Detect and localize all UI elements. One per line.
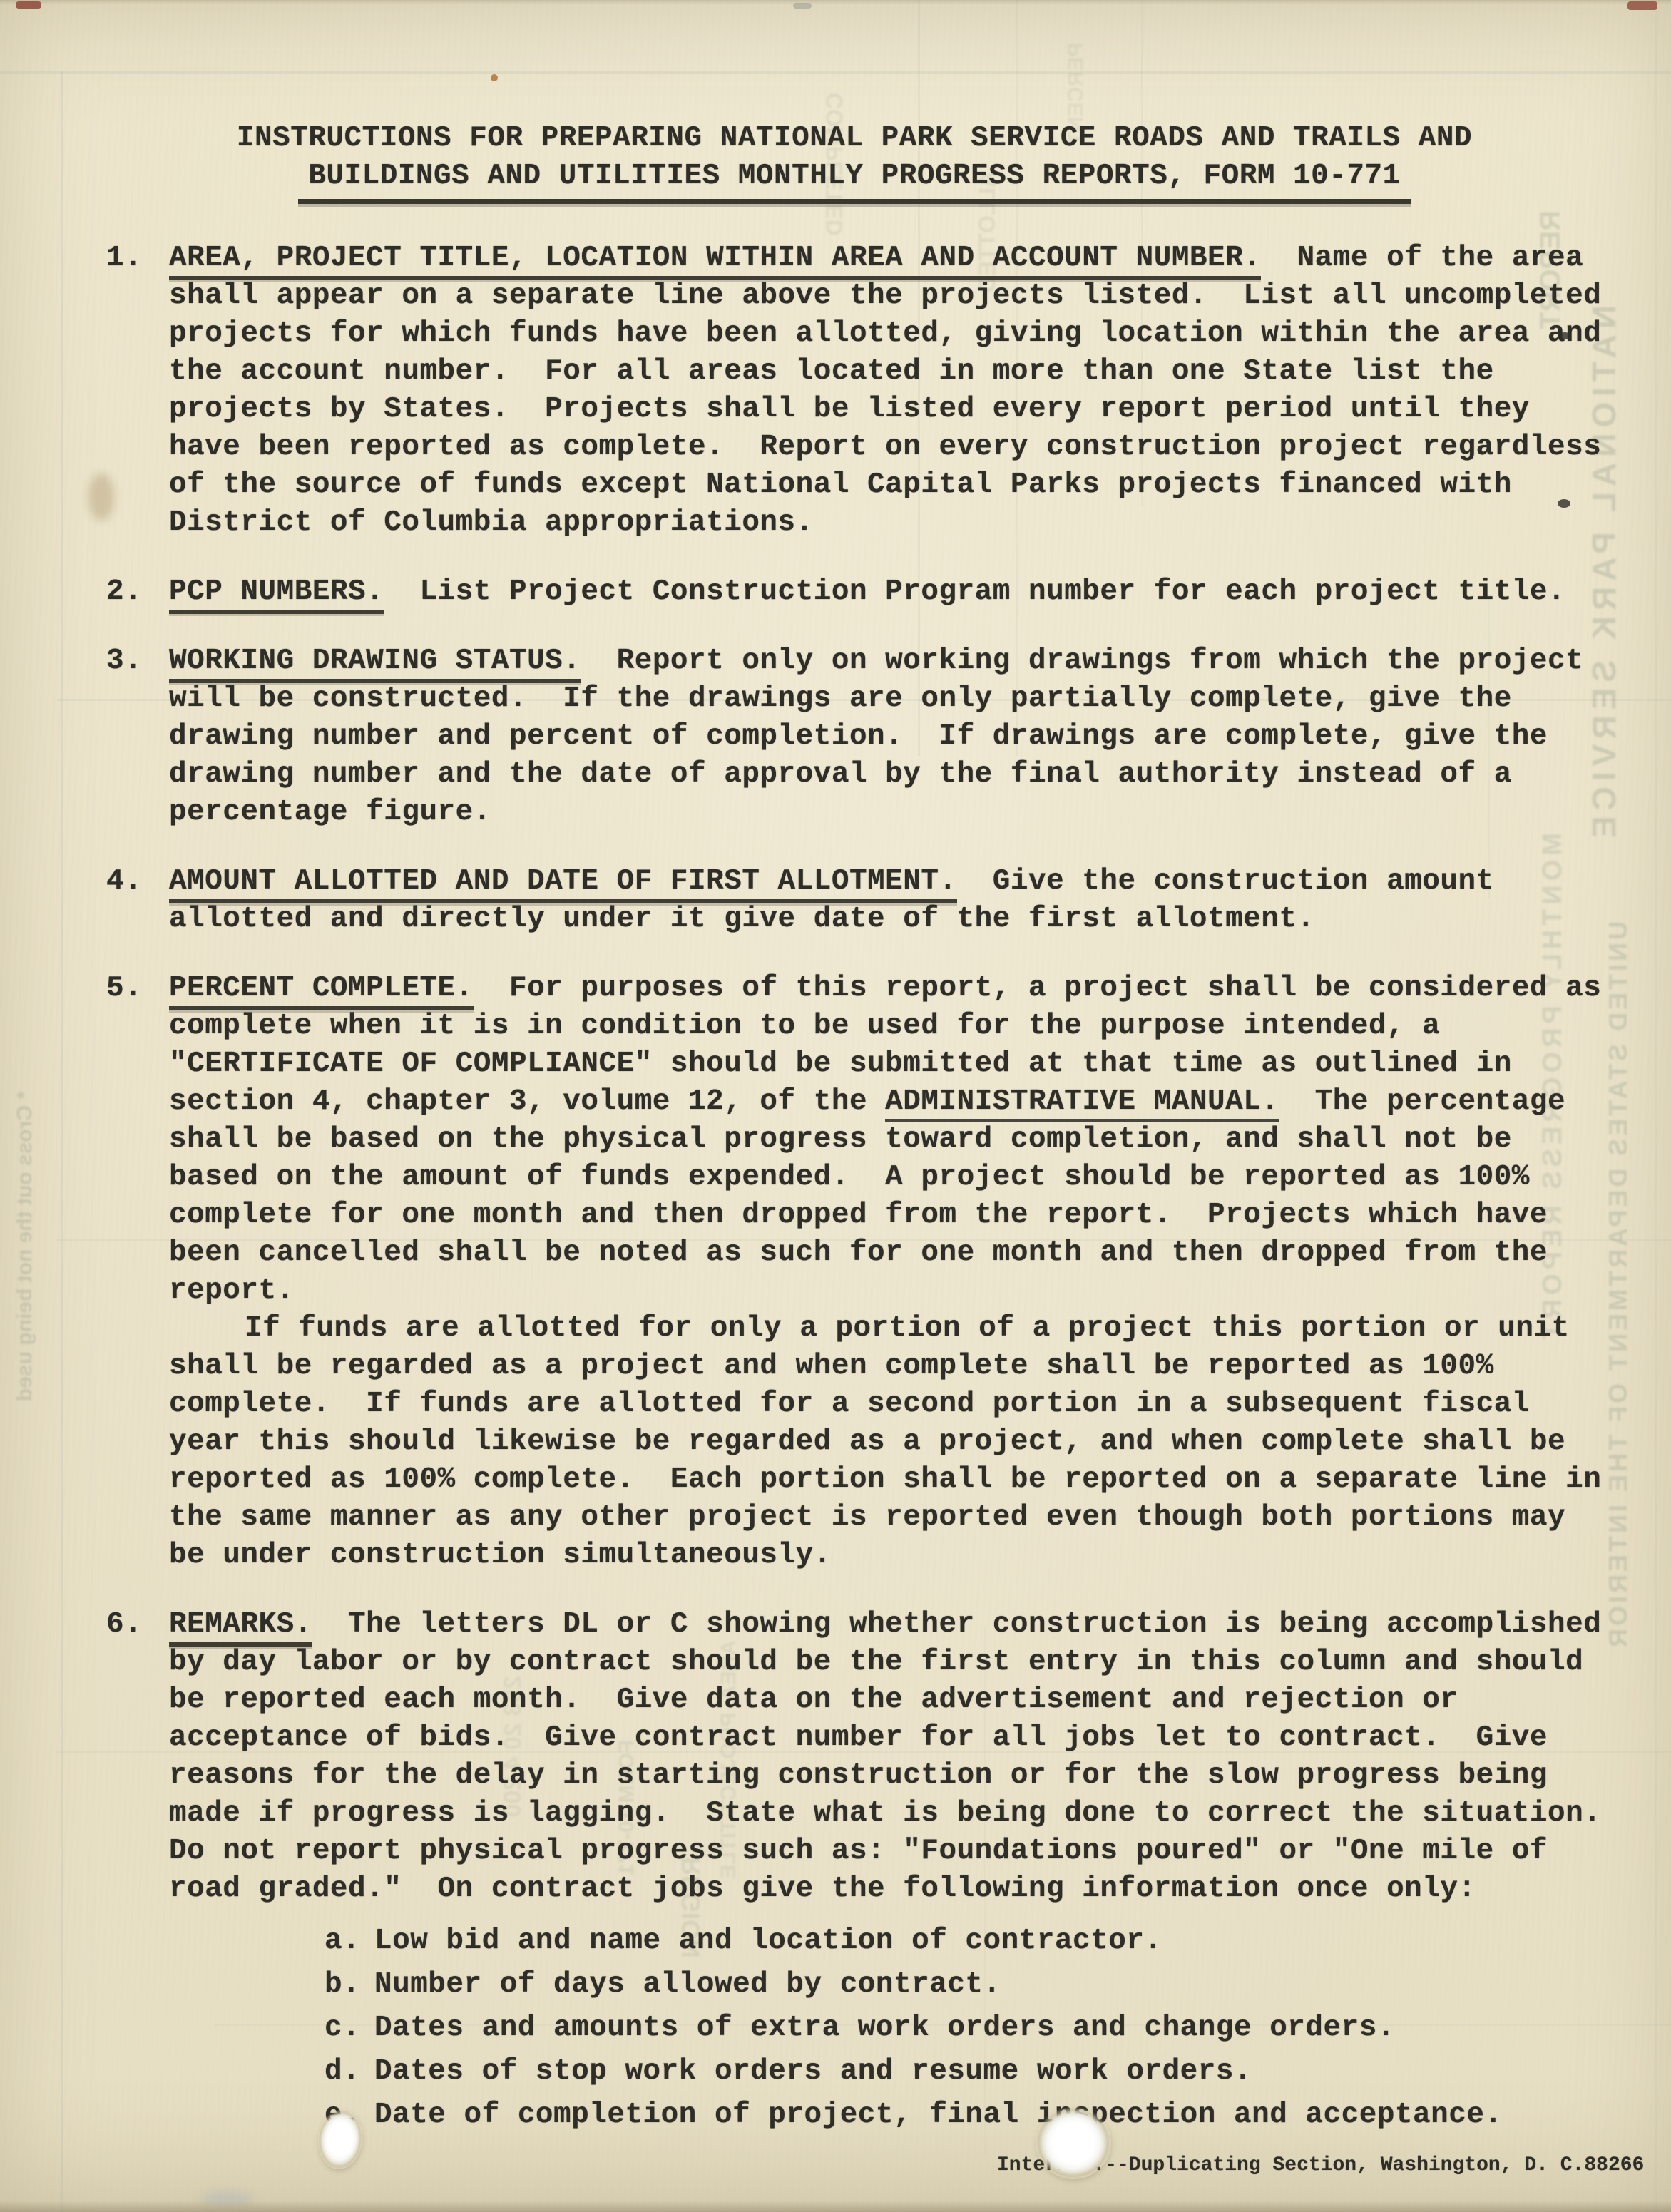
item-paragraph: WORKING DRAWING STATUS. Report only on w… [169, 642, 1603, 831]
list-item-text: Dates and amounts of extra work orders a… [374, 2007, 1603, 2050]
manual-reference: ADMINISTRATIVE MANUAL. [885, 1085, 1279, 1122]
item-body: The letters DL or C showing whether cons… [169, 1608, 1637, 1905]
title-line-2: BUILDINGS AND UTILITIES MONTHLY PROGRESS… [298, 158, 1410, 204]
instruction-item-2: 2. PCP NUMBERS. List Project Constructio… [106, 573, 1603, 611]
item-number: 3. [106, 642, 169, 831]
item-paragraph: AREA, PROJECT TITLE, LOCATION WITHIN ARE… [169, 240, 1603, 542]
document-content: INSTRUCTIONS FOR PREPARING NATIONAL PARK… [106, 120, 1603, 2137]
paper-stain [201, 2192, 252, 2205]
list-item-letter: a. [325, 1920, 374, 1963]
scan-edge-mark [793, 3, 812, 9]
item-number: 6. [106, 1606, 169, 1908]
contract-info-list: a. Low bid and name and location of cont… [325, 1920, 1603, 2137]
paper-edge-shadow [0, 2201, 1671, 2212]
item-body: List Project Construction Program number… [384, 575, 1565, 608]
list-item: c. Dates and amounts of extra work order… [325, 2007, 1603, 2050]
instruction-item-1: 1. AREA, PROJECT TITLE, LOCATION WITHIN … [106, 240, 1603, 542]
item-paragraph-group: PERCENT COMPLETE. For purposes of this r… [169, 970, 1603, 1574]
list-item: b. Number of days allowed by contract. [325, 1963, 1603, 2007]
ghost-text: * Cross out the not being used [13, 1091, 37, 1401]
list-item: a. Low bid and name and location of cont… [325, 1920, 1603, 1963]
item-paragraph: REMARKS. The letters DL or C showing whe… [169, 1606, 1603, 1908]
list-item-text: Number of days allowed by contract. [374, 1963, 1603, 2007]
item-paragraph: PCP NUMBERS. List Project Construction P… [169, 573, 1603, 611]
item-heading: WORKING DRAWING STATUS. [169, 645, 581, 683]
list-item-letter: b. [325, 1963, 374, 2007]
item-paragraph: If funds are allotted for only a portion… [169, 1310, 1603, 1574]
instruction-item-4: 4. AMOUNT ALLOTTED AND DATE OF FIRST ALL… [106, 863, 1603, 938]
item-body: The percentage shall be based on the phy… [169, 1085, 1583, 1307]
bleed-rule-horizontal [0, 71, 1671, 74]
scan-edge-mark [16, 1, 41, 9]
item-heading: AMOUNT ALLOTTED AND DATE OF FIRST ALLOTM… [169, 865, 957, 903]
item-heading: PCP NUMBERS. [169, 575, 384, 614]
item-body: Name of the area shall appear on a separ… [169, 242, 1619, 539]
item-number: 1. [106, 240, 169, 542]
instruction-item-6: 6. REMARKS. The letters DL or C showing … [106, 1606, 1603, 1908]
list-item-letter: d. [325, 2050, 374, 2094]
instruction-list: 1. AREA, PROJECT TITLE, LOCATION WITHIN … [106, 240, 1603, 1908]
list-item-letter: c. [325, 2007, 374, 2050]
list-item-text: Date of completion of project, final ins… [374, 2094, 1603, 2137]
ink-speck [491, 74, 498, 81]
ghost-text: UNITED STATES DEPARTMENT OF THE INTERIOR [1603, 921, 1633, 1650]
item-number: 4. [106, 863, 169, 938]
instruction-item-5: 5. PERCENT COMPLETE. For purposes of thi… [106, 970, 1603, 1574]
list-item: e. Date of completion of project, final … [325, 2094, 1603, 2137]
bleed-rule-vertical [61, 71, 63, 2212]
list-item: d. Dates of stop work orders and resume … [325, 2050, 1603, 2094]
title-line-1: INSTRUCTIONS FOR PREPARING NATIONAL PARK… [106, 120, 1603, 158]
item-heading: REMARKS. [169, 1608, 312, 1647]
list-item-text: Dates of stop work orders and resume wor… [374, 2050, 1603, 2094]
list-item-text: Low bid and name and location of contrac… [374, 1920, 1603, 1963]
item-heading: PERCENT COMPLETE. [169, 972, 474, 1010]
paper-edge-shadow [0, 0, 1671, 4]
hole-punch [1036, 2106, 1111, 2179]
scan-edge-mark [1627, 1, 1657, 10]
instruction-item-3: 3. WORKING DRAWING STATUS. Report only o… [106, 642, 1603, 831]
item-number: 5. [106, 970, 169, 1574]
scanned-document-page: REPORT NATIONAL PARK SERVICE MONTHLY PRO… [0, 0, 1671, 2212]
bleed-rule-vertical [1655, 0, 1657, 2212]
item-number: 2. [106, 573, 169, 611]
item-paragraph: PERCENT COMPLETE. For purposes of this r… [169, 970, 1603, 1310]
item-heading: AREA, PROJECT TITLE, LOCATION WITHIN ARE… [169, 242, 1261, 280]
item-paragraph: AMOUNT ALLOTTED AND DATE OF FIRST ALLOTM… [169, 863, 1603, 938]
document-title: INSTRUCTIONS FOR PREPARING NATIONAL PARK… [106, 120, 1603, 204]
